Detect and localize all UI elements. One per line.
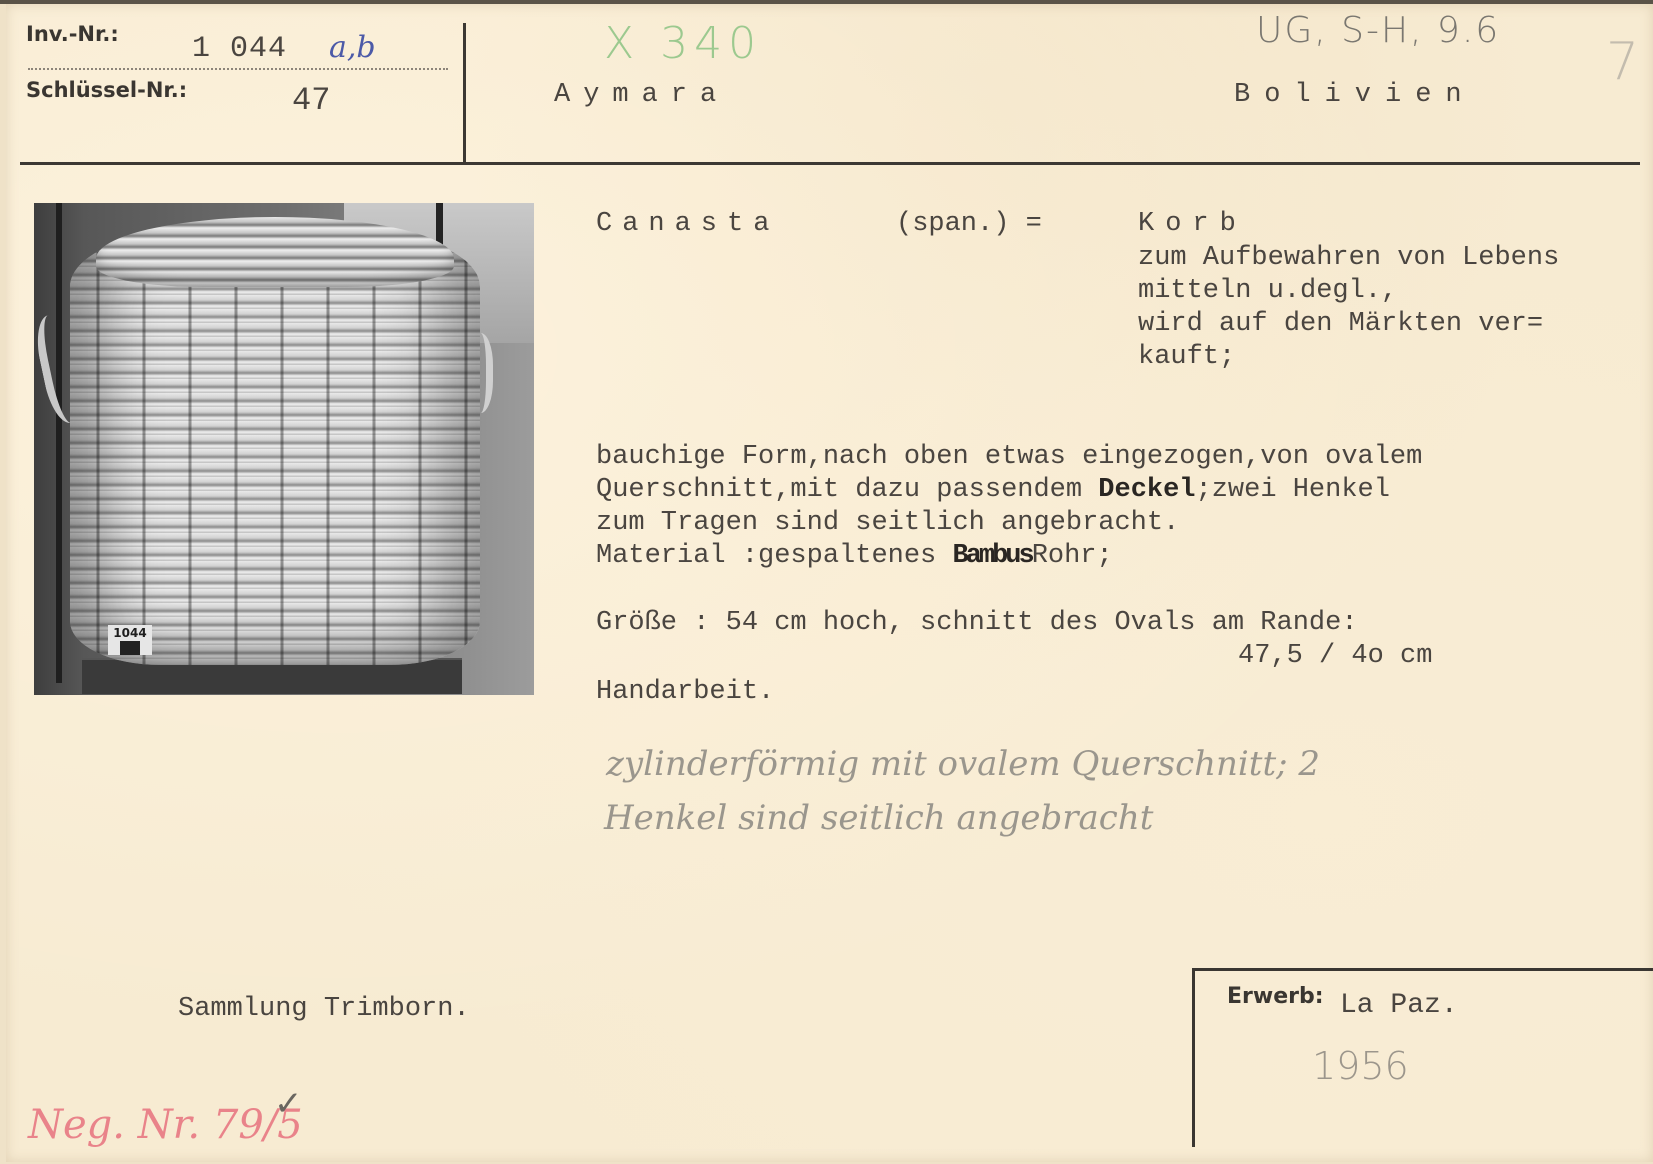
header-horizontal-rule [20, 162, 1640, 165]
object-photo: 1044 [34, 203, 534, 695]
key-number-label: Schlüssel-Nr.: [26, 78, 187, 102]
check-mark-icon: ✓ [274, 1084, 303, 1124]
catalog-card: Inv.-Nr.: 1 044 a,b Schlüssel-Nr.: 47 X … [6, 4, 1653, 1162]
handwritten-note-line: zylinderförmig mit ovalem Querschnitt; 2 [606, 744, 1320, 784]
inventory-suffix-handwritten: a,b [329, 30, 376, 65]
photo-left-post [56, 203, 62, 683]
description-text: Querschnitt,mit dazu passendem [596, 475, 1098, 505]
green-pencil-code: X 340 [604, 18, 762, 69]
handwritten-note-line: Henkel sind seitlich angebracht [604, 798, 1153, 838]
description-line: Querschnitt,mit dazu passendem Deckel;zw… [596, 474, 1390, 507]
object-term: Canasta [596, 209, 779, 239]
description-line: bauchige Form,nach oben etwas eingezogen… [596, 441, 1422, 474]
basket-stakes [70, 225, 480, 665]
description-text: ;zwei Henkel [1196, 475, 1390, 505]
negative-number-red-note: Neg. Nr. 79/5 [28, 1102, 303, 1148]
handmade-note: Handarbeit. [596, 676, 774, 709]
definition-line: kauft; [1138, 341, 1235, 374]
country-name: Bolivien [1234, 80, 1476, 110]
material-line: Material :gespaltenes BambusRohr; [596, 540, 1113, 573]
term-language-note: (span.) = [896, 209, 1042, 239]
material-text: Rohr; [1032, 541, 1113, 571]
inventory-dotted-rule [28, 68, 448, 70]
description-bold-word: Deckel [1098, 475, 1195, 505]
storage-location-handwritten: UG, S-H, 9.6 [1256, 10, 1500, 51]
collection-name: Sammlung Trimborn. [178, 994, 470, 1024]
acquisition-label: Erwerb: [1227, 984, 1324, 1009]
definition-line: zum Aufbewahren von Lebens [1138, 242, 1559, 275]
definition-line: mitteln u.degl., [1138, 275, 1397, 308]
people-name: Aymara [554, 80, 729, 110]
size-dimensions: 47,5 / 4o cm [1238, 640, 1432, 673]
inventory-number-value: 1 044 [192, 32, 287, 66]
inventory-number-label: Inv.-Nr.: [26, 22, 119, 46]
description-line: zum Tragen sind seitlich angebracht. [596, 507, 1179, 540]
definition-line: wird auf den Märkten ver= [1138, 308, 1543, 341]
size-line: Größe : 54 cm hoch, schnitt des Ovals am… [596, 607, 1358, 640]
material-text: Material :gespaltenes [596, 541, 952, 571]
acquisition-place: La Paz. [1340, 990, 1458, 1021]
photo-number-tag-stand [108, 641, 152, 655]
key-number-value: 47 [292, 82, 330, 119]
struck-out-word: Bambus [952, 541, 1031, 571]
object-translation: Korb [1138, 209, 1247, 239]
acquisition-year-handwritten: 1956 [1312, 1044, 1409, 1088]
header-vertical-divider [463, 23, 466, 163]
corner-pencil-mark: 7 [1606, 32, 1639, 92]
photo-number-tag: 1044 [108, 625, 152, 641]
